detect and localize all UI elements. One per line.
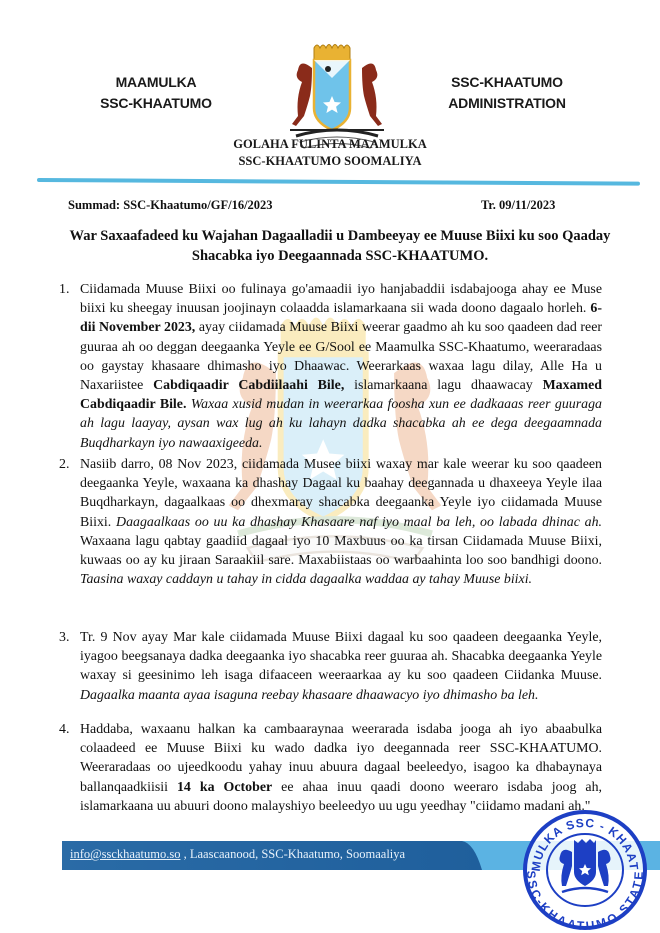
council-line1: GOLAHA FULINTA MAAMULKA <box>0 136 660 153</box>
council-line2: SSC-KHAATUMO SOOMALIYA <box>0 153 660 170</box>
document-date: Tr. 09/11/2023 <box>481 198 555 213</box>
list-number: 1. <box>59 280 69 299</box>
paragraph-2: 2.Nasiib darro, 08 Nov 2023, ciidamada M… <box>80 455 602 589</box>
text-segment: islamarkaana lagu dhaawacay <box>344 378 542 393</box>
letterhead-right: SSC-KHAATUMO ADMINISTRATION <box>432 72 582 114</box>
letterhead-right-line2: ADMINISTRATION <box>432 93 582 114</box>
paragraph-3-text: 3.Tr. 9 Nov ayay Mar kale ciidamada Muus… <box>80 628 602 705</box>
letterhead-left-line2: SSC-KHAATUMO <box>86 93 226 114</box>
footer-email-link[interactable]: info@ssckhaatumo.so <box>70 847 180 861</box>
footer-address: , Laascaanood, SSC-Khaatumo, Soomaaliya <box>180 847 405 861</box>
text-segment: Tr. 9 Nov ayay Mar kale ciidamada Muuse … <box>80 630 602 683</box>
letterhead-right-line1: SSC-KHAATUMO <box>432 72 582 93</box>
header-divider <box>37 178 640 186</box>
paragraph-2-text: 2.Nasiib darro, 08 Nov 2023, ciidamada M… <box>80 455 602 589</box>
paragraph-1-text: 1.Ciidamada Muuse Biixi oo fulinaya go'a… <box>80 280 602 453</box>
text-segment: Waxaana lagu qabtay gaadiid dagaal iyo 1… <box>80 534 602 568</box>
paragraph-3: 3.Tr. 9 Nov ayay Mar kale ciidamada Muus… <box>80 628 602 705</box>
text-segment: Cabdiqaadir Cabdiilaahi Bile, <box>153 378 344 393</box>
paragraph-1: 1.Ciidamada Muuse Biixi oo fulinaya go'a… <box>80 280 602 453</box>
council-name: GOLAHA FULINTA MAAMULKA SSC-KHAATUMO SOO… <box>0 136 660 170</box>
list-number: 4. <box>59 720 69 739</box>
list-number: 2. <box>59 455 69 474</box>
letterhead-left-line1: MAAMULKA <box>86 72 226 93</box>
title-line1: War Saxaafadeed ku Wajahan Dagaalladii u… <box>60 226 620 246</box>
official-stamp-icon: MAAMULKA SSC - KHAATUMO SSC-KHAATUMO STA… <box>518 806 652 933</box>
paragraph-4: 4.Haddaba, waxaanu halkan ka cambaarayna… <box>80 720 602 816</box>
text-segment: 14 ka October <box>177 780 272 795</box>
text-segment: Daagaalkaas oo uu ka dhashay Khasaare na… <box>116 515 602 530</box>
text-segment: Dagaalka maanta ayaa isaguna reebay khas… <box>80 688 538 703</box>
paragraph-4-text: 4.Haddaba, waxaanu halkan ka cambaarayna… <box>80 720 602 816</box>
text-segment: Ciidamada Muuse Biixi oo fulinaya go'ama… <box>80 282 602 316</box>
title-line2: Shacabka iyo Deegaannada SSC-KHAATUMO. <box>60 246 620 266</box>
document-title: War Saxaafadeed ku Wajahan Dagaalladii u… <box>60 226 620 266</box>
footer-contact: info@ssckhaatumo.so , Laascaanood, SSC-K… <box>70 845 405 863</box>
reference-number: Summad: SSC-Khaatumo/GF/16/2023 <box>68 198 273 213</box>
text-segment: Taasina waxay caddayn u tahay in cidda d… <box>80 572 532 587</box>
letterhead-left: MAAMULKA SSC-KHAATUMO <box>86 72 226 114</box>
list-number: 3. <box>59 628 69 647</box>
